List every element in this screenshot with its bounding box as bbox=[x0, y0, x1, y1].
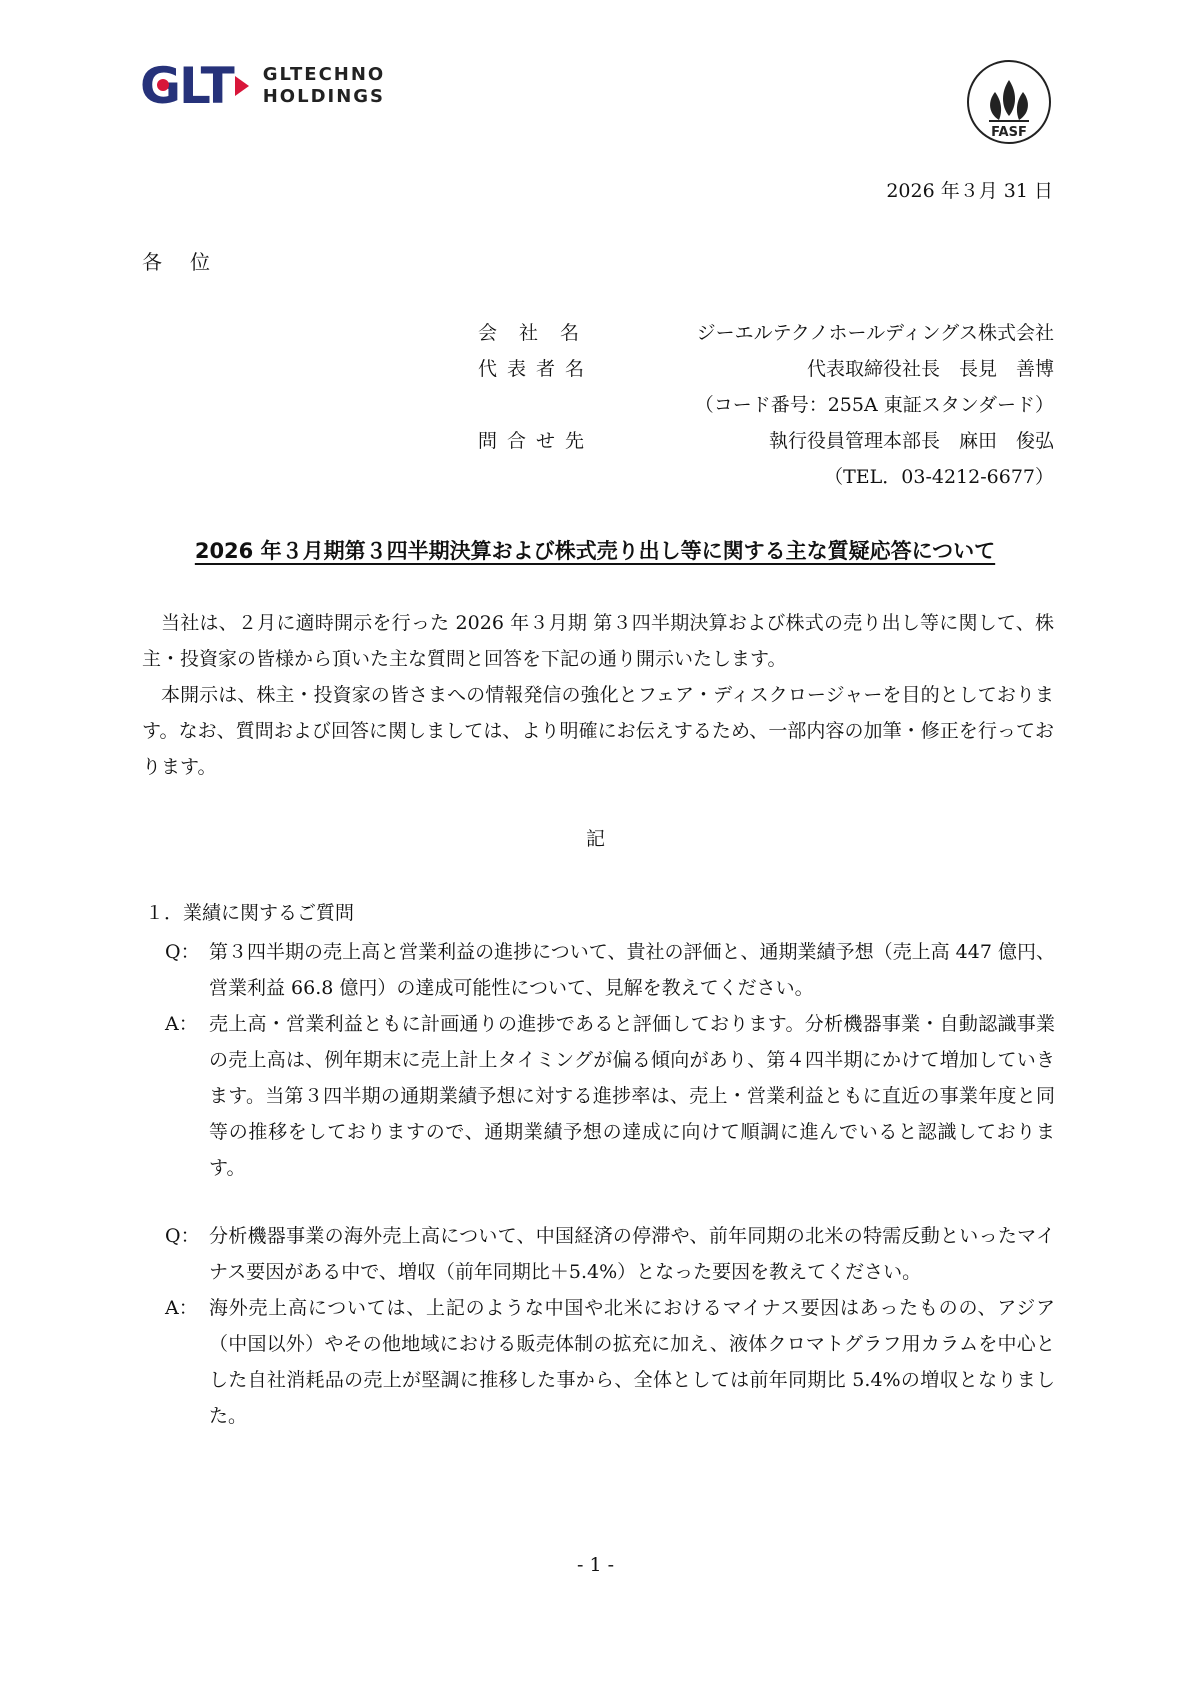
answer-row: A： 売上高・営業利益ともに計画通りの進捗であると評価しております。分析機器事業… bbox=[165, 1006, 1055, 1186]
question-row: Q： 第３四半期の売上高と営業利益の進捗について、貴社の評価と、通期業績予想（売… bbox=[165, 934, 1055, 1006]
fasf-member-badge-icon: FASF bbox=[965, 58, 1053, 146]
info-label: 会社名 bbox=[478, 318, 601, 345]
question-text: 分析機器事業の海外売上高について、中国経済の停滞や、前年同期の北米の特需反動とい… bbox=[209, 1218, 1055, 1290]
logo-line-2: HOLDINGS bbox=[263, 86, 385, 108]
logo-dot-icon bbox=[157, 79, 169, 91]
addressee: 各位 bbox=[142, 246, 238, 275]
answer-text: 売上高・営業利益ともに計画通りの進捗であると評価しております。分析機器事業・自動… bbox=[209, 1006, 1055, 1186]
question-text: 第３四半期の売上高と営業利益の進捗について、貴社の評価と、通期業績予想（売上高 … bbox=[209, 934, 1055, 1006]
info-value: （TEL．03-4212-6677） bbox=[824, 462, 1054, 489]
company-logo: GLT GLTECHNO HOLDINGS bbox=[140, 58, 420, 114]
qa-item: Q： 第３四半期の売上高と営業利益の進捗について、貴社の評価と、通期業績予想（売… bbox=[165, 934, 1055, 1186]
info-value: （コード番号：255A 東証スタンダード） bbox=[695, 390, 1054, 417]
intro-text: 当社は、２月に適時開示を行った 2026 年３月期 第３四半期決算および株式の売… bbox=[142, 605, 1054, 785]
question-mark: Q： bbox=[165, 934, 209, 1006]
answer-row: A： 海外売上高については、上記のような中国や北米におけるマイナス要因はあったも… bbox=[165, 1290, 1055, 1434]
document-date: 2026 年３月 31 日 bbox=[886, 176, 1053, 203]
svg-text:FASF: FASF bbox=[991, 125, 1027, 140]
answer-mark: A： bbox=[165, 1006, 209, 1186]
logo-mark: GLT bbox=[140, 61, 233, 111]
info-label: 代表者名 bbox=[478, 354, 594, 381]
company-info-block: 会社名 ジーエルテクノホールディングス株式会社 代表者名 代表取締役社長 長見 … bbox=[478, 318, 1054, 498]
intro-paragraph: 当社は、２月に適時開示を行った 2026 年３月期 第３四半期決算および株式の売… bbox=[142, 605, 1054, 677]
logo-wordmark: GLTECHNO HOLDINGS bbox=[263, 64, 385, 108]
ki-marker: 記 bbox=[0, 824, 1191, 851]
intro-paragraph: 本開示は、株主・投資家の皆さまへの情報発信の強化とフェア・ディスクロージャーを目… bbox=[142, 677, 1054, 785]
logo-mark-text: GLT bbox=[140, 57, 233, 115]
question-row: Q： 分析機器事業の海外売上高について、中国経済の停滞や、前年同期の北米の特需反… bbox=[165, 1218, 1055, 1290]
question-mark: Q： bbox=[165, 1218, 209, 1290]
answer-mark: A： bbox=[165, 1290, 209, 1434]
info-row-representative: 代表者名 代表取締役社長 長見 善博 bbox=[478, 354, 1054, 390]
info-label: 問合せ先 bbox=[478, 426, 594, 453]
info-row-tel: （TEL．03-4212-6677） bbox=[478, 462, 1054, 498]
logo-line-1: GLTECHNO bbox=[263, 64, 385, 86]
qa-item: Q： 分析機器事業の海外売上高について、中国経済の停滞や、前年同期の北米の特需反… bbox=[165, 1218, 1055, 1434]
info-value: 執行役員管理本部長 麻田 俊弘 bbox=[769, 426, 1054, 453]
document-title: 2026 年３月期第３四半期決算および株式売り出し等に関する主な質疑応答について bbox=[145, 535, 1045, 565]
answer-text: 海外売上高については、上記のような中国や北米におけるマイナス要因はあったものの、… bbox=[209, 1290, 1055, 1434]
page-number: - 1 - bbox=[0, 1554, 1191, 1576]
info-value: ジーエルテクノホールディングス株式会社 bbox=[697, 318, 1054, 345]
info-row-company: 会社名 ジーエルテクノホールディングス株式会社 bbox=[478, 318, 1054, 354]
section-heading: １．業績に関するご質問 bbox=[145, 898, 354, 925]
info-row-contact: 問合せ先 執行役員管理本部長 麻田 俊弘 bbox=[478, 426, 1054, 462]
info-value: 代表取締役社長 長見 善博 bbox=[807, 354, 1054, 381]
logo-triangle-icon bbox=[235, 76, 249, 96]
info-row-code: （コード番号：255A 東証スタンダード） bbox=[478, 390, 1054, 426]
